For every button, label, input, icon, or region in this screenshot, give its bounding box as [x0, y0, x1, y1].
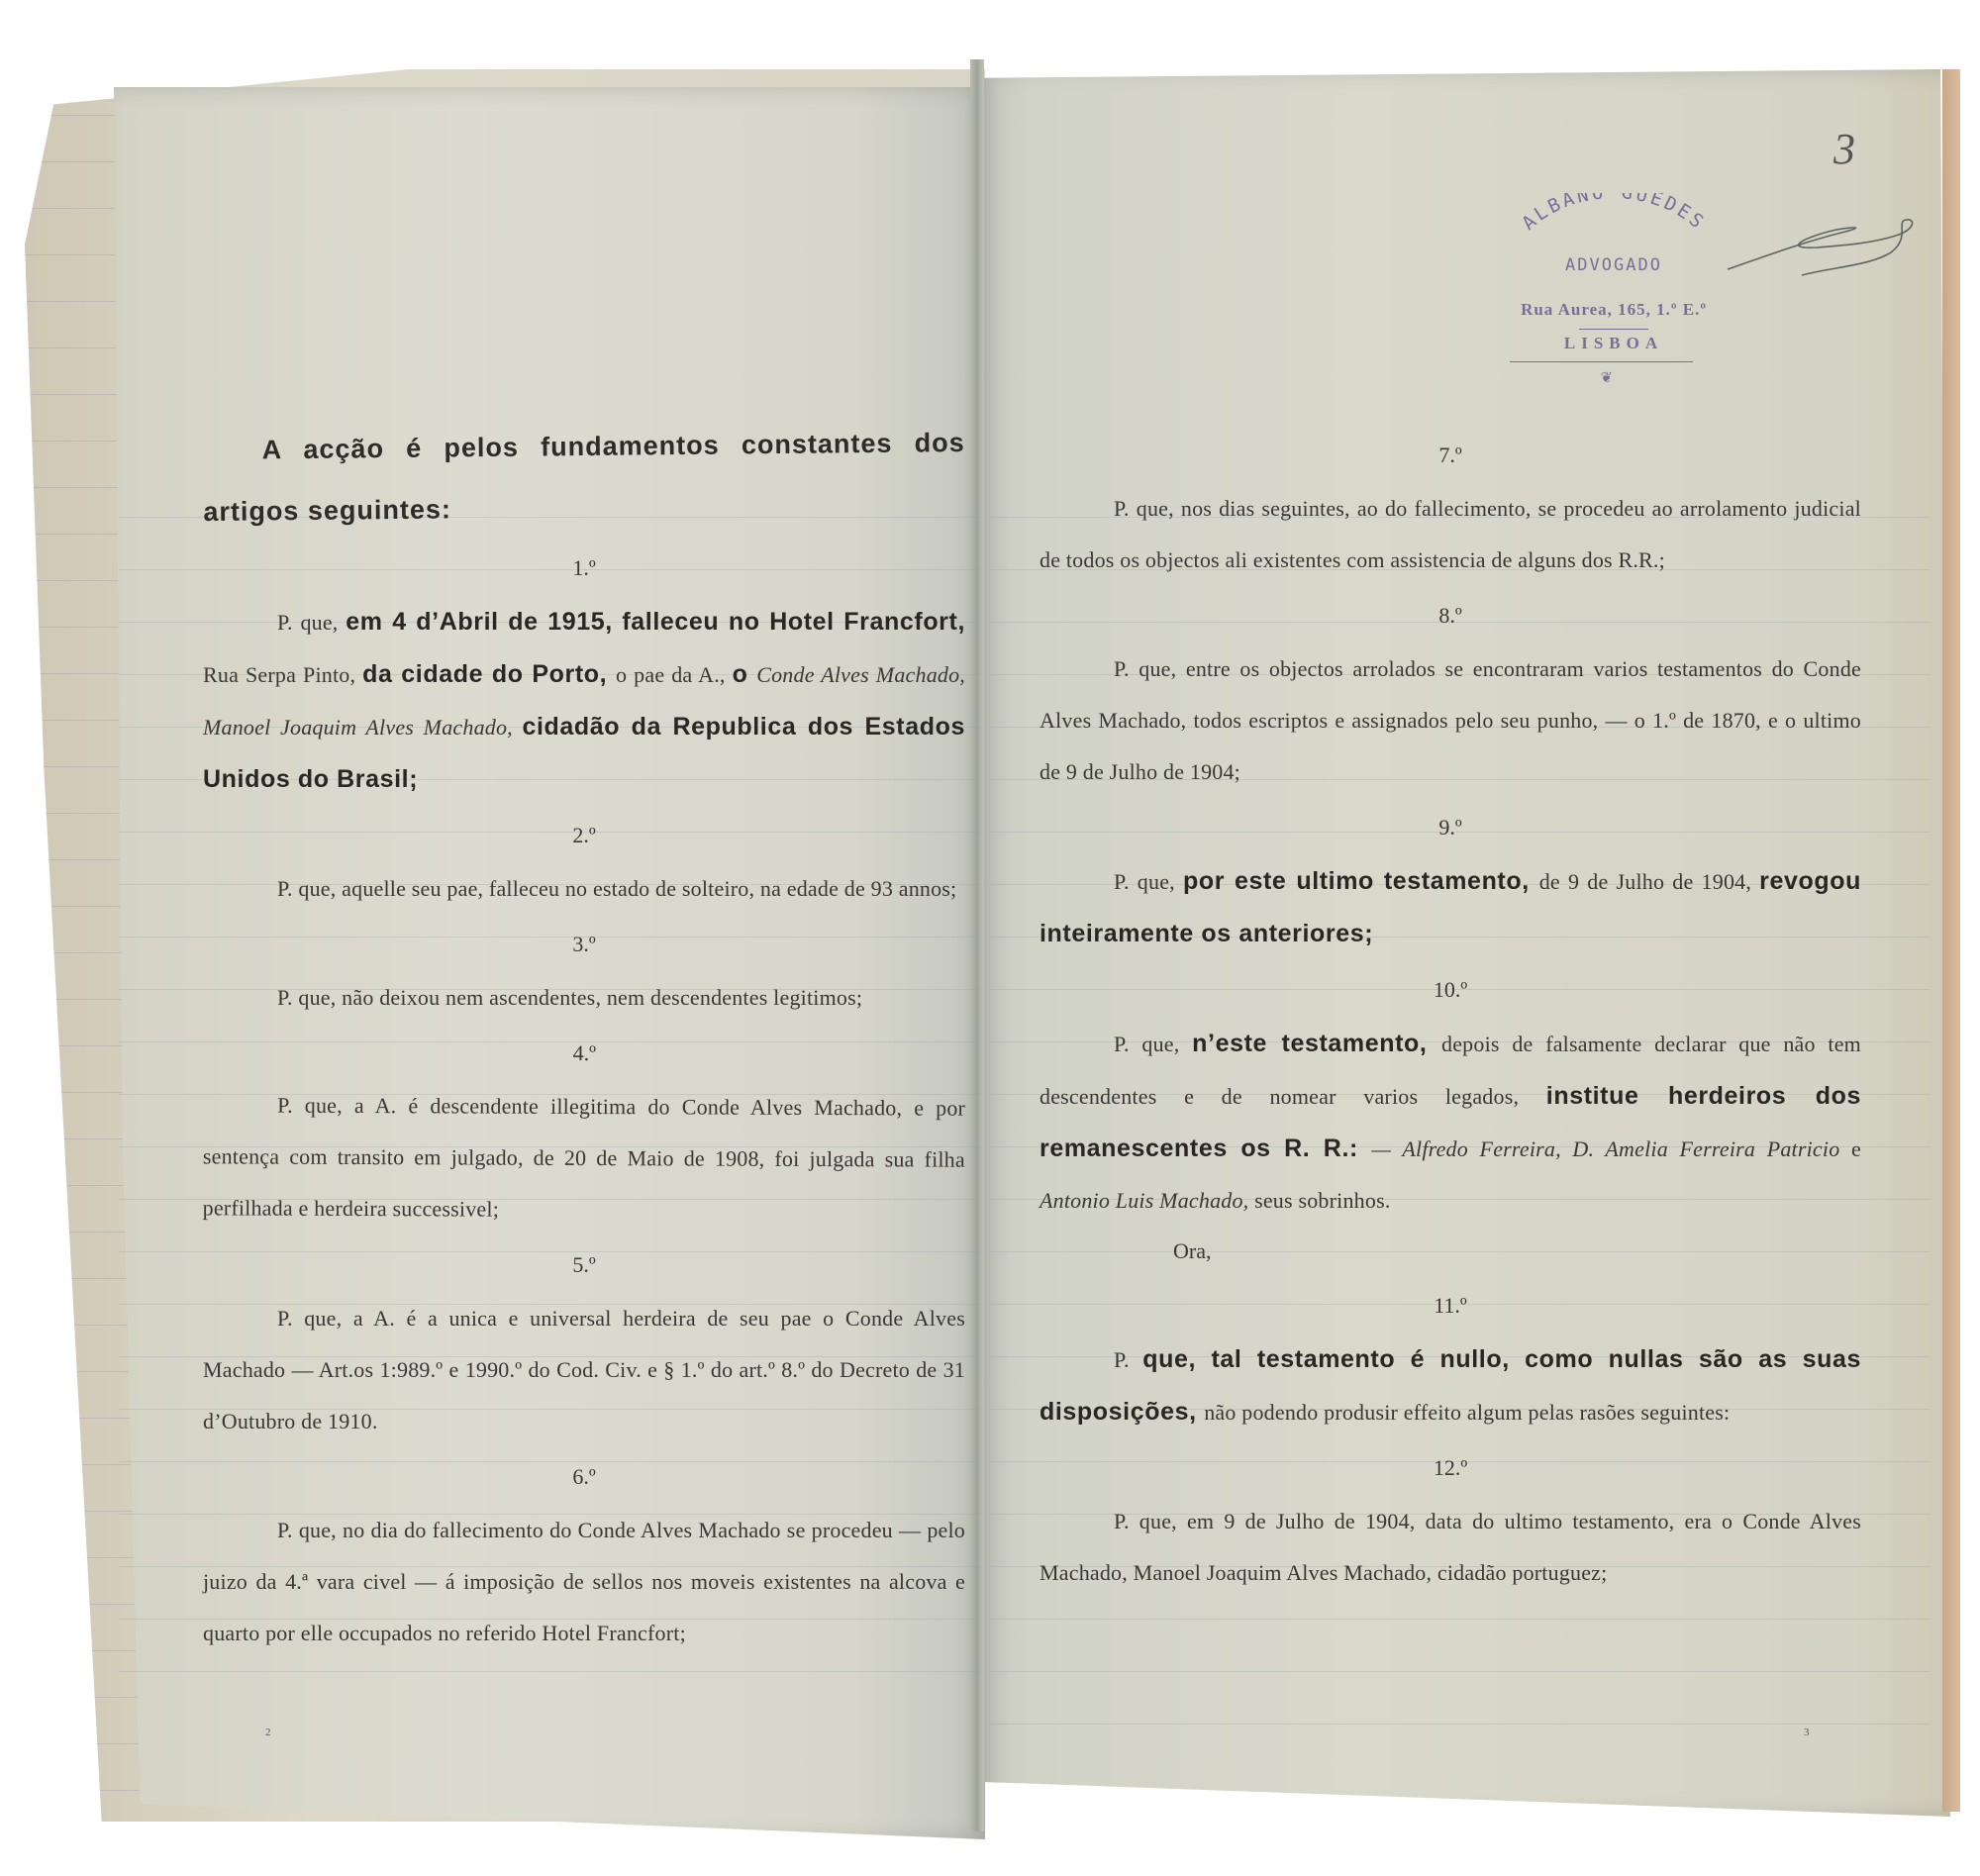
handwritten-folio-number: 3 [1833, 124, 1855, 174]
left-page-text: A acção é pelos fundamentos constantes d… [203, 416, 965, 1659]
article-text: P. que, em 9 de Julho de 1904, data do u… [1039, 1496, 1861, 1599]
article: 12.ºP. que, em 9 de Julho de 1904, data … [1039, 1448, 1861, 1599]
text-segment-normal: seus sobrinhos. [1254, 1188, 1390, 1213]
stamp-city: LISBOA [1485, 334, 1742, 353]
article-text: P. que, n’este testamento, depois de fal… [1039, 1018, 1861, 1227]
text-segment-normal: o pae da A., [616, 662, 733, 687]
text-segment-bold: em 4 d’Abril de 1915, falleceu no Hotel … [346, 608, 965, 636]
stamp-address: Rua Aurea, 165, 1.º E.º [1475, 300, 1752, 320]
stamp-title: ADVOGADO [1485, 255, 1742, 275]
text-segment-bold: por este ultimo testamento, [1183, 867, 1539, 895]
text-segment-normal: de 9 de Julho de 1904, [1539, 869, 1759, 894]
text-segment-normal: P. que, [277, 610, 346, 635]
article-number: 6.º [203, 1457, 965, 1497]
right-articles-after-list: 11.ºP. que, tal testamento é nullo, como… [1039, 1286, 1861, 1599]
article-text: P. que, tal testamento é nullo, como nul… [1039, 1333, 1861, 1438]
article-text: P. que, nos dias seguintes, ao do fallec… [1039, 483, 1861, 586]
text-segment-normal: e [1851, 1136, 1861, 1161]
article-number: 12.º [1039, 1448, 1861, 1488]
stamp-name-arc: ALBANO GUEDES [1485, 193, 1742, 312]
article-text: P. que, a A. é a unica e universal herde… [203, 1293, 965, 1447]
right-page-text: 7.ºP. que, nos dias seguintes, ao do fal… [1039, 426, 1861, 1599]
text-segment-normal: P. que, no dia do fallecimento do Conde … [203, 1518, 965, 1645]
signature-flourish [1723, 208, 1921, 287]
text-segment-normal: Rua Serpa Pinto, [203, 662, 362, 687]
stamp-name: ALBANO GUEDES [1518, 193, 1710, 235]
article: 4.ºP. que, a A. é descendente illegitima… [203, 1032, 966, 1236]
text-segment-normal: P. que, em 9 de Julho de 1904, data do u… [1039, 1509, 1861, 1585]
article-number: 8.º [1039, 596, 1861, 636]
text-segment-normal: P. que, não deixou nem ascendentes, nem … [277, 985, 862, 1010]
article-text: P. que, por este ultimo testamento, de 9… [1039, 855, 1861, 960]
intro-heading: A acção é pelos fundamentos constantes d… [202, 412, 965, 543]
article: 1.ºP. que, em 4 d’Abril de 1915, fallece… [203, 548, 965, 806]
text-segment-bold: o [733, 660, 757, 688]
book-gutter [970, 59, 984, 1831]
article-text: P. que, não deixou nem ascendentes, nem … [203, 972, 965, 1024]
article-text: P. que, aquelle seu pae, falleceu no est… [203, 863, 965, 915]
article-text: P. que, a A. é descendente illegitima do… [203, 1079, 966, 1236]
svg-text:ALBANO GUEDES: ALBANO GUEDES [1518, 193, 1710, 235]
text-segment-normal: P. que, a A. é a unica e universal herde… [203, 1306, 965, 1433]
article-number: 3.º [203, 925, 965, 964]
page-number-left: 2 [265, 1727, 271, 1738]
article-text: P. que, entre os objectos arrolados se e… [1039, 643, 1861, 798]
text-segment-normal: P. que, nos dias seguintes, ao do fallec… [1039, 496, 1861, 572]
article-number: 5.º [203, 1245, 965, 1285]
article-text: P. que, no dia do fallecimento do Conde … [203, 1505, 965, 1659]
stamp-divider-small [1579, 329, 1648, 330]
text-segment-normal: P. que, aquelle seu pae, falleceu no est… [277, 876, 956, 901]
text-segment-bold: da cidade do Porto, [362, 660, 616, 688]
stamp-divider [1510, 361, 1693, 362]
article: 3.ºP. que, não deixou nem ascendentes, n… [203, 925, 965, 1024]
text-segment-normal: P. [1114, 1347, 1142, 1372]
article: 2.ºP. que, aquelle seu pae, falleceu no … [203, 816, 965, 915]
article-number: 9.º [1039, 808, 1861, 847]
text-segment-italic: Antonio Luis Machado, [1039, 1188, 1254, 1213]
transition-word: Ora, [1173, 1227, 1861, 1276]
text-segment-normal: não podendo produsir effeito algum pelas… [1204, 1400, 1730, 1425]
lawyer-stamp: ALBANO GUEDES ADVOGADO Rua Aurea, 165, 1… [1485, 193, 1742, 401]
text-segment-normal: P. que, entre os objectos arrolados se e… [1039, 656, 1861, 784]
page-edge-stack [1942, 69, 1960, 1812]
article-number: 7.º [1039, 436, 1861, 475]
text-segment-normal: P. que, [1114, 1032, 1192, 1056]
text-segment-italic: — Alfredo Ferreira, D. Amelia Ferreira P… [1371, 1136, 1851, 1161]
article: 9.ºP. que, por este ultimo testamento, d… [1039, 808, 1861, 960]
left-articles-list: 1.ºP. que, em 4 d’Abril de 1915, fallece… [203, 548, 965, 1659]
article-number: 11.º [1039, 1286, 1861, 1326]
article: 11.ºP. que, tal testamento é nullo, como… [1039, 1286, 1861, 1438]
article: 8.ºP. que, entre os objectos arrolados s… [1039, 596, 1861, 798]
article: 5.ºP. que, a A. é a unica e universal he… [203, 1245, 965, 1447]
article-number: 1.º [203, 548, 965, 588]
text-segment-bold: n’este testamento, [1192, 1030, 1441, 1057]
stamp-arc-text: ALBANO GUEDES [1485, 193, 1742, 312]
article: 6.ºP. que, no dia do fallecimento do Con… [203, 1457, 965, 1659]
article-text: P. que, em 4 d’Abril de 1915, falleceu n… [203, 596, 965, 806]
open-book: 3 ALBANO GUEDES ADVOGADO Rua Aurea, 165,… [0, 0, 1980, 1876]
text-segment-normal: P. que, a A. é descendente illegitima do… [203, 1093, 966, 1222]
article: 10.ºP. que, n’este testamento, depois de… [1039, 970, 1861, 1227]
article-number: 4.º [203, 1032, 965, 1074]
article: 7.ºP. que, nos dias seguintes, ao do fal… [1039, 436, 1861, 586]
text-segment-normal: P. que, [1114, 869, 1183, 894]
article-number: 2.º [203, 816, 965, 855]
page-number-right: 3 [1804, 1727, 1810, 1738]
right-articles-list: 7.ºP. que, nos dias seguintes, ao do fal… [1039, 436, 1861, 1227]
fleuron-icon: ❦ [1601, 366, 1612, 387]
article-number: 10.º [1039, 970, 1861, 1010]
